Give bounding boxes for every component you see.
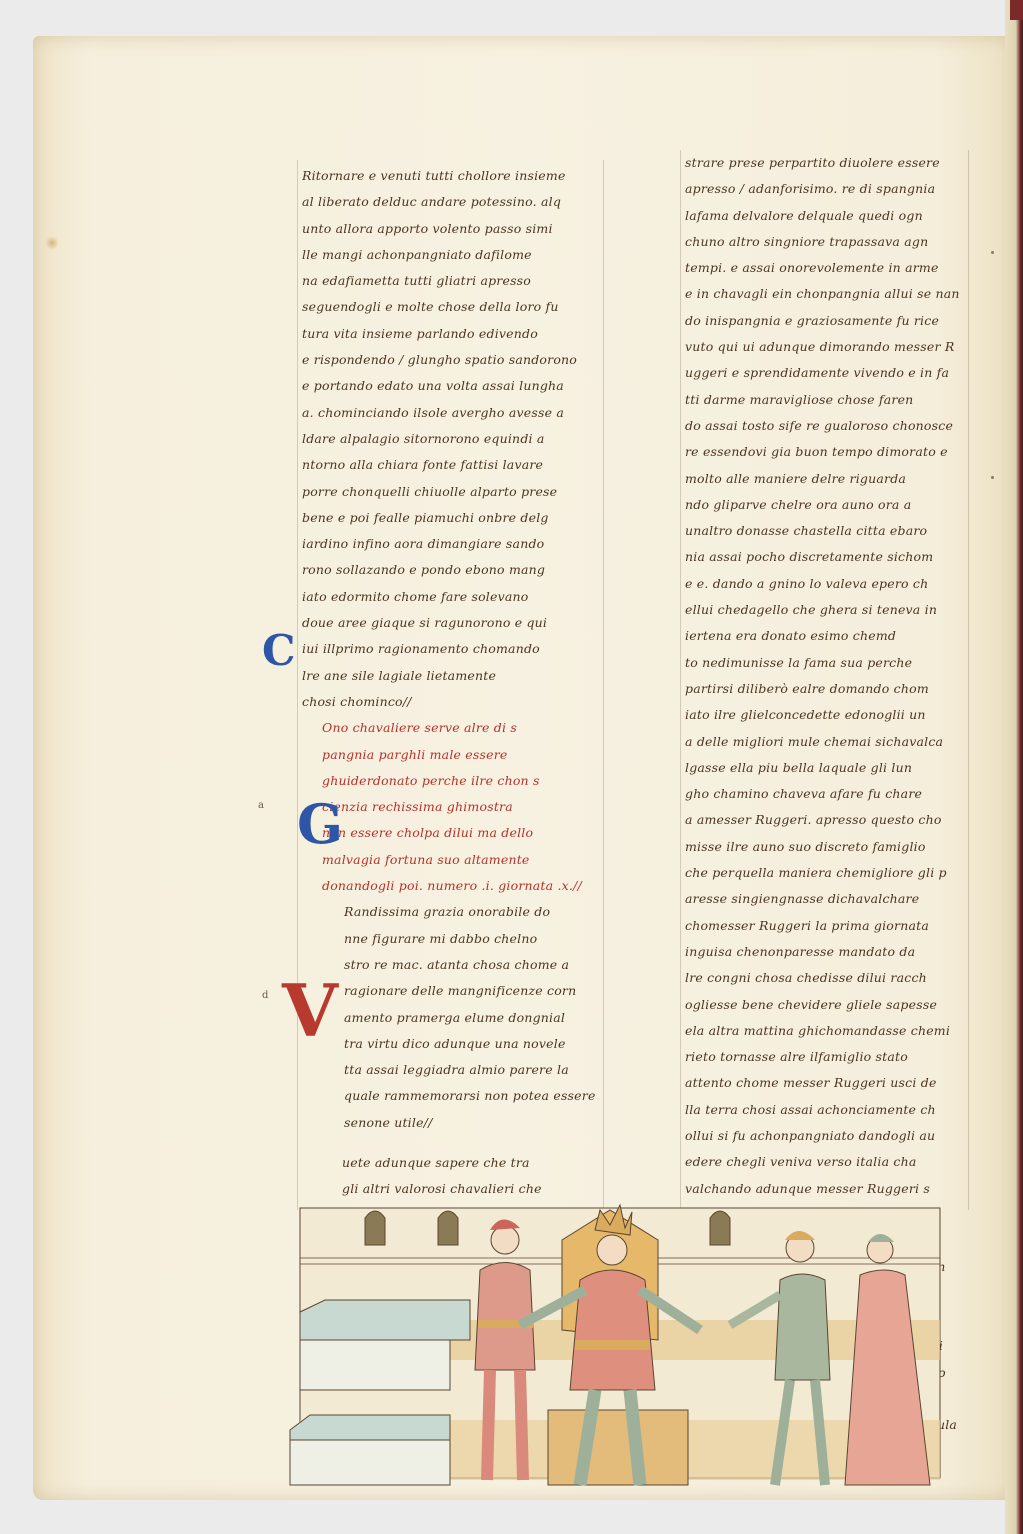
text-line: ollui si fu achonpangniato dandogli au <box>685 1123 967 1149</box>
blue-initial-c: C <box>262 626 295 675</box>
text-line: lafama delvalore delquale quedi ogn <box>685 203 967 229</box>
text-line: iato edormito chome fare solevano <box>302 584 667 610</box>
text-line: al liberato delduc andare potessino. alq <box>302 189 667 215</box>
text-line: iardino infino aora dimangiare sando <box>302 531 667 557</box>
text-line: e rispondendo / glungho spatio sandorono <box>302 347 667 373</box>
text-line: Ritornare e venuti tutti chollore insiem… <box>302 163 667 189</box>
text-line: lle mangi achonpangniato dafilome <box>302 242 667 268</box>
text-line: do assai tosto sife re gualoroso chonosc… <box>685 413 967 439</box>
text-line: attento chome messer Ruggeri usci de <box>685 1070 967 1096</box>
text-line: ghuiderdonato perche ilre chon s <box>322 768 667 794</box>
text-line: strare prese perpartito diuolere essere <box>685 150 967 176</box>
prick-mark <box>991 251 994 254</box>
text-line: lre congni chosa chedisse dilui racch <box>685 965 967 991</box>
text-line: to nedimunisse la fama sua perche <box>685 650 967 676</box>
text-line: misse ilre auno suo discreto famiglio <box>685 834 967 860</box>
margin-mark: d <box>262 990 268 1001</box>
text-line: lla terra chosi assai achonciamente ch <box>685 1097 967 1123</box>
text-line: tura vita insieme parlando edivendo <box>302 321 667 347</box>
text-line: ntorno alla chiara fonte fattisi lavare <box>302 452 667 478</box>
text-line: partirsi diliberò ealre domando chom <box>685 676 967 702</box>
text-line: re essendovi gia buon tempo dimorato e <box>685 439 967 465</box>
text-line: Randissima grazia onorabile do <box>344 899 667 925</box>
text-line: unaltro donasse chastella citta ebaro <box>685 518 967 544</box>
text-line: tra virtu dico adunque una novele <box>344 1031 667 1057</box>
book-spine <box>1005 0 1023 1534</box>
text-line: malvagia fortuna suo altamente <box>322 847 667 873</box>
text-line: na edafiametta tutti gliatri apresso <box>302 268 667 294</box>
text-line: gho chamino chaveva afare fu chare <box>685 781 967 807</box>
text-line: apresso / adanforisimo. re di spangnia <box>685 176 967 202</box>
binding-edge <box>1010 0 1023 20</box>
text-line: che perquella maniera chemigliore gli p <box>685 860 967 886</box>
text-line: e in chavagli ein chonpangnia allui se n… <box>685 281 967 307</box>
text-line: gli altri valorosi chavalieri che <box>342 1176 667 1202</box>
text-line: edere chegli veniva verso italia cha <box>685 1149 967 1175</box>
ruling-line <box>968 150 969 1210</box>
text-line: nne figurare mi dabbo chelno <box>344 926 667 952</box>
text-line: pangnia parghli male essere <box>322 742 667 768</box>
text-line: e e. dando a gnino lo valeva epero ch <box>685 571 967 597</box>
text-line: e portando edato una volta assai lungha <box>302 373 667 399</box>
text-line: ldare alpalagio sitornorono equindi a <box>302 426 667 452</box>
text-line: seguendogli e molte chose della loro fu <box>302 294 667 320</box>
text-line: donandogli poi. numero .i. giornata .x./… <box>322 873 667 899</box>
text-line: unto allora apporto volento passo simi <box>302 216 667 242</box>
text-line: vuto qui ui adunque dimorando messer R <box>685 334 967 360</box>
text-line: amento pramerga elume dongnial <box>344 1005 667 1031</box>
text-line: molto alle maniere delre riguarda <box>685 466 967 492</box>
text-line: chuno altro singniore trapassava agn <box>685 229 967 255</box>
text-line: rieto tornasse alre ilfamiglio stato <box>685 1044 967 1070</box>
text-line: iui illprimo ragionamento chomando <box>302 636 667 662</box>
text-line: ela altra mattina ghichomandasse chemi <box>685 1018 967 1044</box>
text-line: tempi. e assai onorevolemente in arme <box>685 255 967 281</box>
text-line: stro re mac. atanta chosa chome a <box>344 952 667 978</box>
text-line: nia assai pocho discretamente sichom <box>685 544 967 570</box>
text-line: Ono chavaliere serve alre di s <box>322 715 667 741</box>
text-line: chosi chominco// <box>302 689 667 715</box>
margin-mark: a <box>258 800 264 811</box>
red-initial-v: V <box>282 975 338 1047</box>
text-line: inguisa chenonparesse mandato da <box>685 939 967 965</box>
text-line: do inispangnia e graziosamente fu rice <box>685 308 967 334</box>
blue-initial-g: G <box>297 792 343 856</box>
text-line: uggeri e sprendidamente vivendo e in fa <box>685 360 967 386</box>
text-line: tti darme maravigliose chose faren <box>685 387 967 413</box>
prick-mark <box>991 476 994 479</box>
text-line: iato ilre glielconcedette edonoglii un <box>685 702 967 728</box>
text-line: lre ane sile lagiale lietamente <box>302 663 667 689</box>
text-line: ragionare delle mangnificenze corn <box>344 978 667 1004</box>
text-line: rono sollazando e pondo ebono mang <box>302 557 667 583</box>
text-line: aresse singiengnasse dichavalchare <box>685 886 967 912</box>
text-line: lgasse ella piu bella laquale gli lun <box>685 755 967 781</box>
text-line: cienzia rechissima ghimostra <box>322 794 667 820</box>
illustration-throne-scene <box>280 1200 950 1500</box>
text-line: ellui chedagello che ghera si teneva in <box>685 597 967 623</box>
text-line: a. chominciando ilsole avergho avesse a <box>302 400 667 426</box>
text-line: ogliesse bene chevidere gliele sapesse <box>685 992 967 1018</box>
text-line: tta assai leggiadra almio parere la <box>344 1057 667 1083</box>
text-line: uete adunque sapere che tra <box>342 1150 667 1176</box>
text-line: chomesser Ruggeri la prima giornata <box>685 913 967 939</box>
text-line: ndo gliparve chelre ora auno ora a <box>685 492 967 518</box>
text-line: porre chonquelli chiuolle alparto prese <box>302 479 667 505</box>
text-line: a delle migliori mule chemai sichavalca <box>685 729 967 755</box>
text-line: bene e poi fealle piamuchi onbre delg <box>302 505 667 531</box>
text-line: a amesser Ruggeri. apresso questo cho <box>685 807 967 833</box>
text-line: senone utile// <box>344 1110 667 1136</box>
text-line: doue aree giaque si ragunorono e qui <box>302 610 667 636</box>
text-line: valchando adunque messer Ruggeri s <box>685 1176 967 1202</box>
text-line: non essere cholpa dilui ma dello <box>322 820 667 846</box>
ruling-line <box>680 150 681 1210</box>
text-line: quale rammemorarsi non potea essere <box>344 1083 667 1109</box>
text-line: iertena era donato esimo chemd <box>685 623 967 649</box>
